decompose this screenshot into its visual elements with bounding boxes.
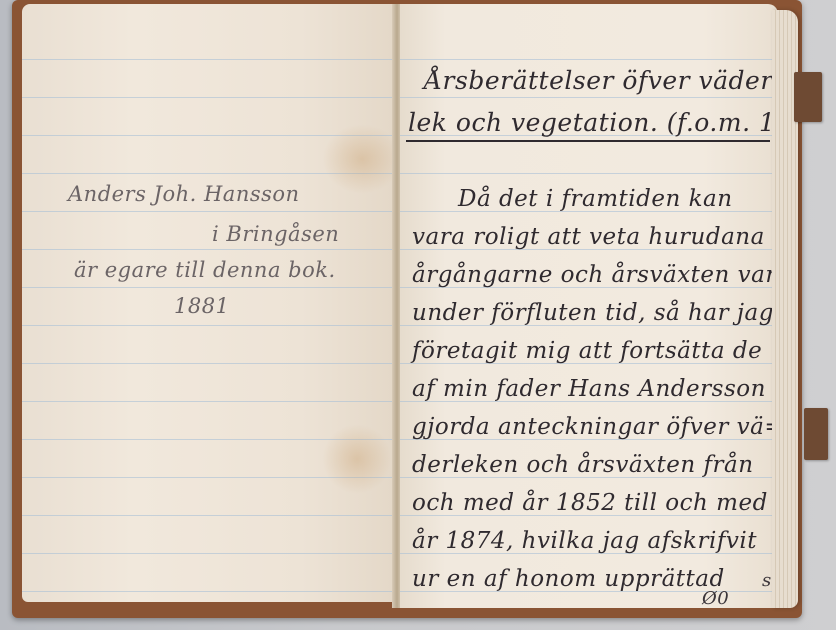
owner-place: i Bringåsen	[212, 222, 339, 246]
body-line-5: företagit mig att fortsätta de	[412, 338, 762, 364]
left-page: Anders Joh. Hansson i Bringåsen är egare…	[22, 4, 394, 602]
body-line-2: vara roligt att veta hurudana	[412, 224, 765, 250]
body-line-11: ur en af honom upprättad	[412, 566, 725, 592]
ownership-statement: är egare till denna bok.	[74, 258, 336, 282]
body-line-3: årgångarne och årsväxten varit	[412, 262, 778, 288]
right-page: Årsberättelser öfver väder= lek och vege…	[400, 4, 778, 608]
page-mark: Ø0	[702, 588, 729, 608]
owner-name: Anders Joh. Hansson	[68, 182, 300, 206]
body-line-9: och med år 1852 till och med	[412, 490, 768, 516]
title-line-2: lek och vegetation. (f.o.m. 1852)	[408, 108, 778, 137]
inscription-year: 1881	[174, 294, 229, 318]
body-line-4: under förfluten tid, så har jag	[412, 300, 774, 326]
body-line-10: år 1874, hvilka jag afskrifvit	[412, 528, 757, 554]
title-underline	[406, 140, 770, 142]
index-tab-top	[794, 72, 822, 122]
water-stain	[322, 424, 392, 494]
body-line-8: derleken och årsväxten från	[412, 452, 754, 478]
title-line-1: Årsberättelser öfver väder=	[424, 66, 778, 95]
index-tab-bottom	[804, 408, 828, 460]
body-line-6: af min fader Hans Andersson	[412, 376, 766, 402]
catchword: s	[762, 570, 772, 591]
water-stain	[322, 124, 394, 194]
body-line-1: Då det i framtiden kan	[458, 186, 733, 212]
body-line-7: gjorda anteckningar öfver vä=	[412, 414, 778, 440]
